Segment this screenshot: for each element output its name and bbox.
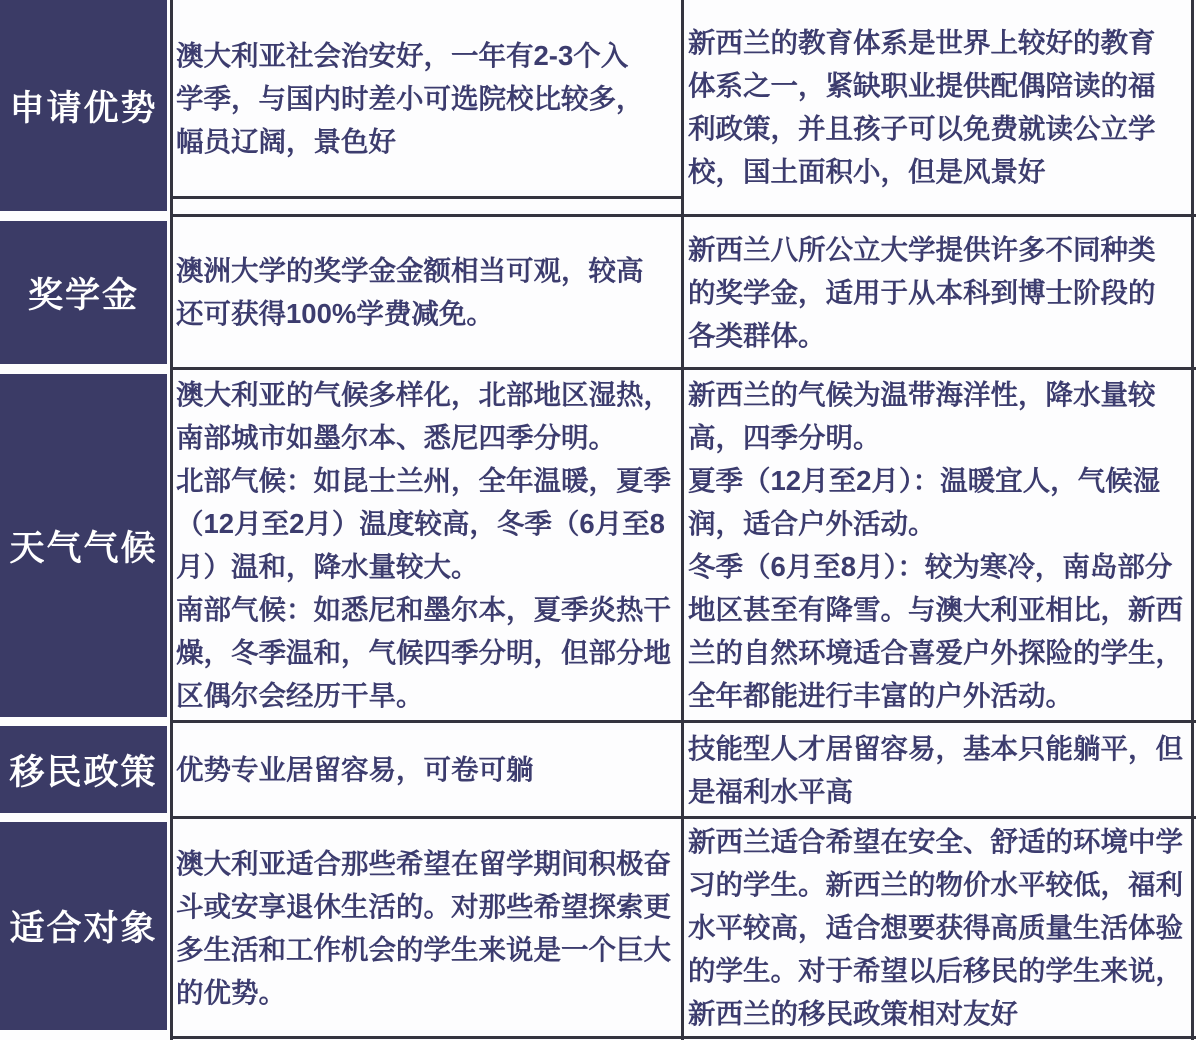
text-line: 技能型人才居留容易，基本只能躺平，但 (688, 727, 1190, 770)
text-line: 的奖学金，适用于从本科到博士阶段的 (688, 271, 1190, 314)
cell-new-zealand-immigration-policy: 技能型人才居留容易，基本只能躺平，但是福利水平高 (688, 723, 1190, 816)
text-line: 北部气候：如昆士兰州，全年温暖，夏季 (176, 459, 681, 502)
text-line: 区偶尔会经历干旱。 (176, 674, 681, 717)
row-header-weather-climate: 天气气候 (0, 374, 167, 717)
row-divider-2 (170, 367, 1196, 370)
text-line: 水平较高，适合想要获得高质量生活体验 (688, 906, 1190, 949)
cell-australia-suitable-for: 澳大利亚适合那些希望在留学期间积极奋斗或安享退休生活的。对那些希望探索更多生活和… (176, 819, 681, 1036)
text-line: 地区甚至有降雪。与澳大利亚相比，新西 (688, 588, 1190, 631)
row-divider-australia-row1 (170, 196, 684, 199)
text-line: 新西兰八所公立大学提供许多不同种类 (688, 228, 1190, 271)
text-line: 南部气候：如悉尼和墨尔本，夏季炎热干 (176, 588, 681, 631)
cell-australia-immigration-policy: 优势专业居留容易，可卷可躺 (176, 723, 681, 816)
text-line: 习的学生。新西兰的物价水平较低，福利 (688, 863, 1190, 906)
row-header-label: 适合对象 (9, 901, 157, 951)
cell-australia-scholarship: 澳洲大学的奖学金金额相当可观，较高还可获得100%学费减免。 (176, 217, 681, 367)
text-line: （12月至2月）温度较高，冬季（6月至8 (176, 502, 681, 545)
row-divider-4 (170, 816, 1196, 819)
table-bottom-border (170, 1036, 1196, 1039)
text-line: 澳大利亚的气候多样化，北部地区湿热， (176, 373, 681, 416)
row-header-label: 移民政策 (9, 745, 157, 795)
column-divider-middle (681, 0, 684, 1040)
text-line: 南部城市如墨尔本、悉尼四季分明。 (176, 416, 681, 459)
row-header-label: 申请优势 (9, 81, 157, 131)
text-line: 校，国土面积小，但是风景好 (688, 150, 1190, 193)
text-line: 新西兰的移民政策相对友好 (688, 992, 1190, 1035)
text-line: 优势专业居留容易，可卷可躺 (176, 748, 681, 791)
column-divider-after-header (170, 0, 173, 1040)
text-line: 斗或安享退休生活的。对那些希望探索更 (176, 885, 681, 928)
row-header-scholarship: 奖学金 (0, 221, 167, 364)
text-line: 夏季（12月至2月）：温暖宜人，气候湿 (688, 459, 1190, 502)
text-line: 学季，与国内时差小可选院校比较多， (176, 77, 681, 120)
text-line: 利政策，并且孩子可以免费就读公立学 (688, 107, 1190, 150)
text-line: 润，适合户外活动。 (688, 502, 1190, 545)
cell-new-zealand-weather-climate: 新西兰的气候为温带海洋性，降水量较高，四季分明。夏季（12月至2月）：温暖宜人，… (688, 370, 1190, 720)
text-line: 澳大利亚社会治安好，一年有2-3个入 (176, 34, 681, 77)
text-line: 冬季（6月至8月）：较为寒冷，南岛部分 (688, 545, 1190, 588)
cell-australia-weather-climate: 澳大利亚的气候多样化，北部地区湿热，南部城市如墨尔本、悉尼四季分明。北部气候：如… (176, 370, 681, 720)
text-line: 体系之一，紧缺职业提供配偶陪读的福 (688, 64, 1190, 107)
text-line: 是福利水平高 (688, 770, 1190, 813)
text-line: 多生活和工作机会的学生来说是一个巨大 (176, 928, 681, 971)
text-line: 新西兰的教育体系是世界上较好的教育 (688, 21, 1190, 64)
text-line: 澳大利亚适合那些希望在留学期间积极奋 (176, 842, 681, 885)
row-header-suitable-for: 适合对象 (0, 822, 167, 1030)
text-line: 燥，冬季温和，气候四季分明，但部分地 (176, 631, 681, 674)
cell-australia-application-advantages: 澳大利亚社会治安好，一年有2-3个入学季，与国内时差小可选院校比较多，幅员辽阔，… (176, 0, 681, 196)
text-line: 幅员辽阔，景色好 (176, 120, 681, 163)
row-divider-1 (170, 214, 1196, 217)
cell-new-zealand-application-advantages: 新西兰的教育体系是世界上较好的教育体系之一，紧缺职业提供配偶陪读的福利政策，并且… (688, 0, 1190, 214)
row-header-label: 天气气候 (9, 521, 157, 571)
row-header-immigration-policy: 移民政策 (0, 726, 167, 813)
text-line: 全年都能进行丰富的户外活动。 (688, 674, 1190, 717)
text-line: 新西兰的气候为温带海洋性，降水量较 (688, 373, 1190, 416)
text-line: 澳洲大学的奖学金金额相当可观，较高 (176, 249, 681, 292)
text-line: 月）温和，降水量较大。 (176, 545, 681, 588)
row-divider-3 (170, 720, 1196, 723)
text-line: 的学生。对于希望以后移民的学生来说， (688, 949, 1190, 992)
row-header-label: 奖学金 (28, 268, 139, 318)
text-line: 还可获得100%学费减免。 (176, 292, 681, 335)
comparison-table: 申请优势 奖学金 天气气候 移民政策 适合对象 澳大利亚社会治安好，一年有2-3… (0, 0, 1196, 1040)
text-line: 新西兰适合希望在安全、舒适的环境中学 (688, 820, 1190, 863)
text-line: 兰的自然环境适合喜爱户外探险的学生， (688, 631, 1190, 674)
text-line: 高，四季分明。 (688, 416, 1190, 459)
text-line: 各类群体。 (688, 314, 1190, 357)
cell-new-zealand-suitable-for: 新西兰适合希望在安全、舒适的环境中学习的学生。新西兰的物价水平较低，福利水平较高… (688, 819, 1190, 1036)
table-right-border (1191, 0, 1194, 1040)
cell-new-zealand-scholarship: 新西兰八所公立大学提供许多不同种类的奖学金，适用于从本科到博士阶段的各类群体。 (688, 217, 1190, 367)
text-line: 的优势。 (176, 971, 681, 1014)
row-header-application-advantages: 申请优势 (0, 0, 167, 211)
